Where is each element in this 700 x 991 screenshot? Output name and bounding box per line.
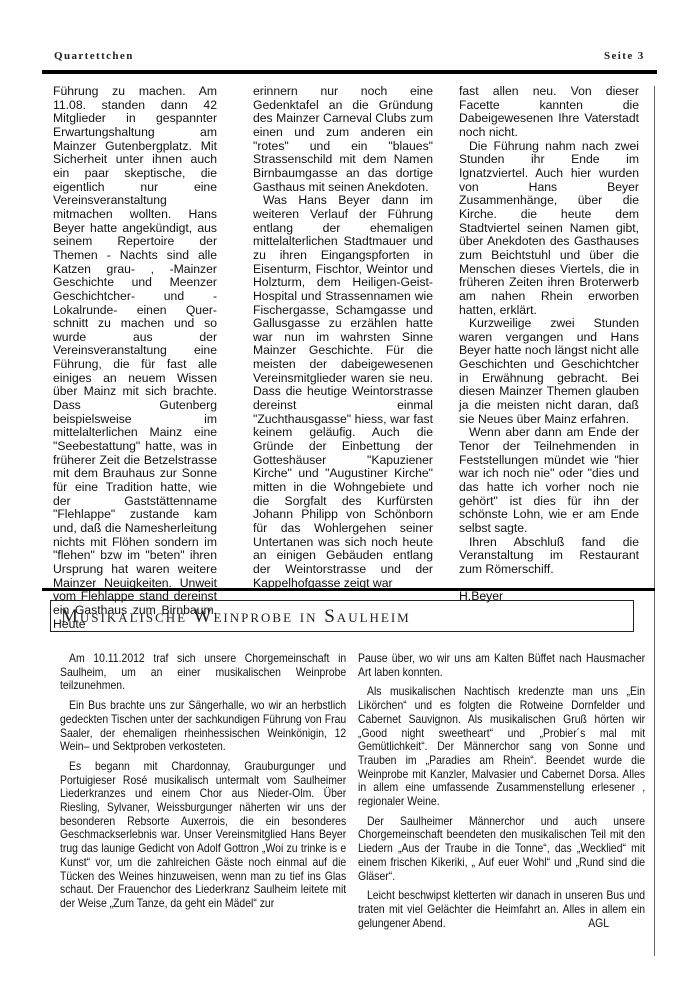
right-margin-line bbox=[654, 86, 655, 956]
paragraph: Ein Bus brachte uns zur Sängerhalle, wo … bbox=[60, 699, 346, 754]
paragraph: Kurzweilige zwei Stunden waren vergangen… bbox=[459, 317, 639, 426]
paragraph: Am 10.11.2012 traf sich unsere Chorgemei… bbox=[60, 652, 346, 693]
section-rule bbox=[42, 588, 655, 591]
publication-name: Quartettchen bbox=[54, 50, 134, 62]
paragraph: Was Hans Beyer dann im weiteren Verlauf … bbox=[253, 194, 433, 590]
paragraph: Es begann mit Chardonnay, Grauburgunger … bbox=[60, 760, 346, 911]
paragraph: Wenn aber dann am Ende der Tenor der Tei… bbox=[459, 426, 639, 535]
paragraph: Der Saulheimer Männerchor und auch unser… bbox=[358, 815, 645, 884]
paragraph: Führung zu machen. Am 11.08. standen dan… bbox=[53, 85, 217, 631]
paragraph: Die Führung nahm nach zwei Stunden ihr E… bbox=[459, 140, 639, 318]
page-number: Seite 3 bbox=[604, 50, 645, 62]
article1-column-1: Führung zu machen. Am 11.08. standen dan… bbox=[53, 85, 217, 631]
paragraph: erinnern nur noch eine Gedenktafel an di… bbox=[253, 85, 433, 194]
author-signature: AGL bbox=[579, 917, 609, 931]
paragraph: Als musikalischen Nachtisch kredenzte ma… bbox=[358, 685, 645, 808]
paragraph: Pause über, wo wir uns am Kalten Büffet … bbox=[358, 652, 645, 679]
article2-column-2: Pause über, wo wir uns am Kalten Büffet … bbox=[358, 652, 645, 936]
article1-column-2: erinnern nur noch eine Gedenktafel an di… bbox=[253, 85, 433, 590]
paragraph-final: Leicht beschwipst kletterten wir danach … bbox=[358, 889, 645, 930]
article-title-box: Musikalische Weinprobe in Saulheim bbox=[50, 600, 634, 632]
article-title: Musikalische Weinprobe in Saulheim bbox=[61, 606, 411, 628]
article1-column-3: fast allen neu. Von dieser Facette kannt… bbox=[459, 85, 639, 604]
paragraph: fast allen neu. Von dieser Facette kannt… bbox=[459, 85, 639, 140]
article2-column-1: Am 10.11.2012 traf sich unsere Chorgemei… bbox=[60, 652, 346, 917]
paragraph: Ihren Abschluß fand die Veranstaltung im… bbox=[459, 536, 639, 577]
header-rule bbox=[42, 70, 657, 74]
